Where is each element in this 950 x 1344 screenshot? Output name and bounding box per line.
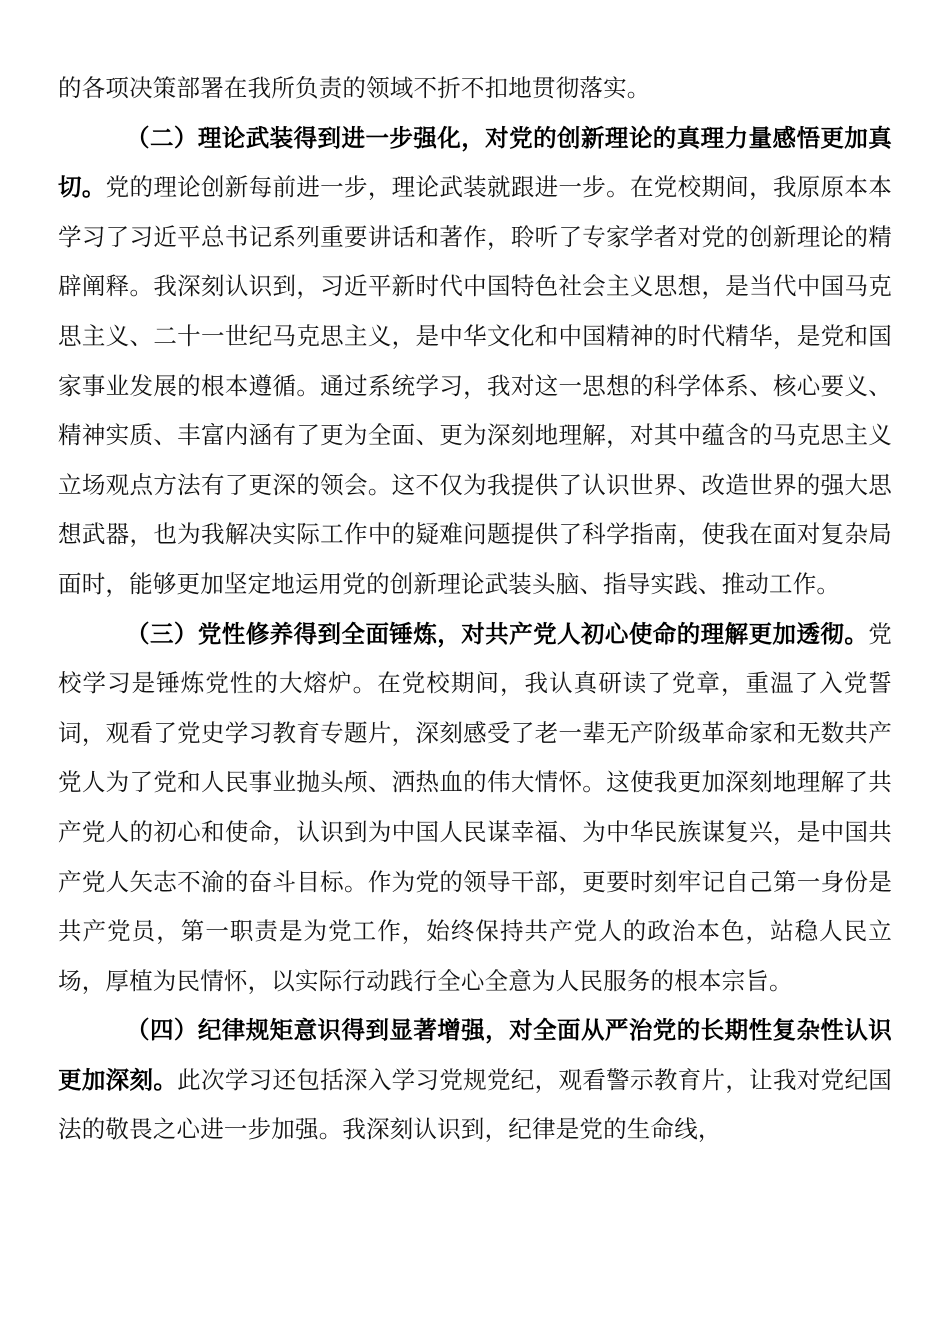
section-heading: （三）党性修养得到全面锤炼，对共产党人初心使命的理解更加透彻。	[126, 620, 868, 648]
paragraph-section-4: （四）纪律规矩意识得到显著增强，对全面从严治党的长期性复杂性认识更加深刻。此次学…	[58, 1006, 892, 1155]
document-page: 的各项决策部署在我所负责的领域不折不扣地贯彻落实。 （二）理论武装得到进一步强化…	[58, 64, 892, 1155]
paragraph-continuation: 的各项决策部署在我所负责的领域不折不扣地贯彻落实。	[58, 64, 892, 114]
paragraph-section-3: （三）党性修养得到全面锤炼，对共产党人初心使命的理解更加透彻。党校学习是锤炼党性…	[58, 610, 892, 1007]
paragraph-section-2: （二）理论武装得到进一步强化，对党的创新理论的真理力量感悟更加真切。党的理论创新…	[58, 114, 892, 610]
paragraph-text: 党校学习是锤炼党性的大熔炉。在党校期间，我认真研读了党章，重温了入党誓词，观看了…	[58, 620, 892, 995]
paragraph-text: 的各项决策部署在我所负责的领域不折不扣地贯彻落实。	[58, 74, 651, 102]
paragraph-text: 此次学习还包括深入学习党规党纪，观看警示教育片，让我对党纪国法的敬畏之心进一步加…	[58, 1066, 892, 1144]
paragraph-text: 党的理论创新每前进一步，理论武装就跟进一步。在党校期间，我原原本本学习了习近平总…	[58, 173, 892, 598]
